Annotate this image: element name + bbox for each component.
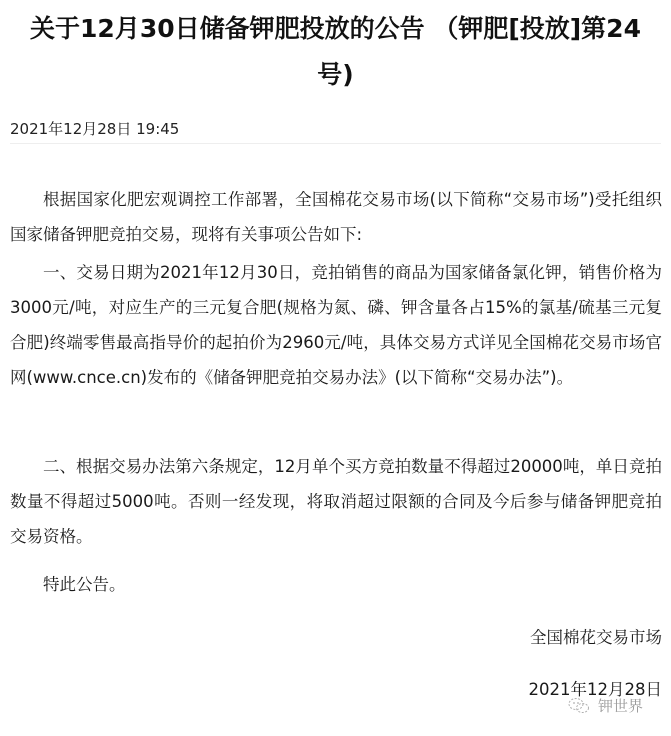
- divider: [10, 143, 661, 144]
- signature-date: 2021年12月28日: [10, 672, 662, 707]
- publish-time: 2021年12月28日 19:45: [10, 118, 179, 139]
- signature: 全国棉花交易市场: [10, 620, 662, 655]
- watermark-label: 钾世界: [598, 695, 643, 716]
- article-title: 关于12月30日储备钾肥投放的公告 （钾肥[投放]第24 号): [0, 6, 671, 98]
- paragraph-closing: 特此公告。: [10, 567, 662, 602]
- paragraph-intro: 根据国家化肥宏观调控工作部署，全国棉花交易市场(以下简称“交易市场”)受托组织国…: [10, 182, 662, 252]
- paragraph-item-1: 一、交易日期为2021年12月30日，竞拍销售的商品为国家储备氯化钾，销售价格为…: [10, 255, 662, 395]
- wechat-icon: [568, 697, 590, 715]
- watermark: 钾世界: [568, 695, 643, 716]
- article-title-line-1: 关于12月30日储备钾肥投放的公告 （钾肥[投放]第24: [0, 6, 671, 52]
- paragraph-item-2: 二、根据交易办法第六条规定，12月单个买方竞拍数量不得超过20000吨，单日竞拍…: [10, 449, 662, 554]
- article-title-line-2: 号): [0, 52, 671, 98]
